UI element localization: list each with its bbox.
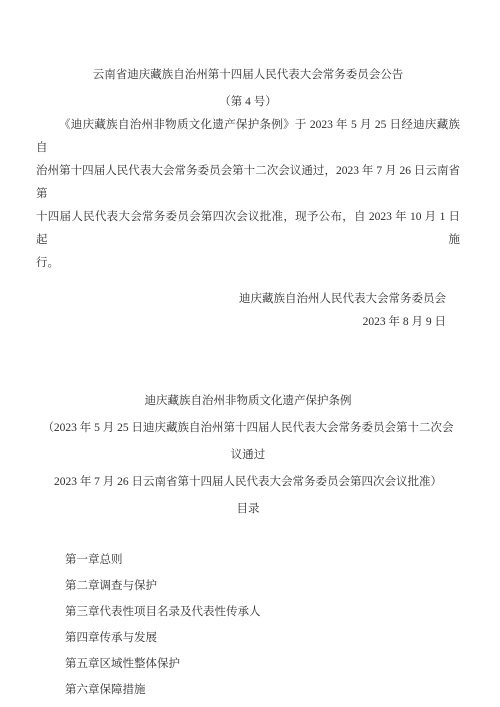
announcement-number: （第 4 号） — [36, 91, 460, 114]
regulation-title: 迪庆藏族自治州非物质文化遗产保护条例 — [36, 388, 460, 415]
issuer-signature: 迪庆藏族自治州人民代表大会常务委员会 — [36, 288, 460, 311]
toc-item-chapter-4: 第四章传承与发展 — [65, 625, 460, 651]
toc-item-chapter-2: 第二章调查与保护 — [65, 573, 460, 599]
announcement-title: 云南省迪庆藏族自治州第十四届人民代表大会常务委员会公告 — [36, 64, 460, 87]
toc-item-chapter-6: 第六章保障措施 — [65, 677, 460, 703]
document-page: 云南省迪庆藏族自治州第十四届人民代表大会常务委员会公告 （第 4 号） 《迪庆藏… — [0, 0, 500, 707]
toc-item-chapter-3: 第三章代表性项目名录及代表性传承人 — [65, 599, 460, 625]
approval-note-line-3: 2023 年 7 月 26 日云南省第十四届人民代表大会常务委员会第四次会议批准… — [36, 469, 460, 496]
approval-note-line-1: （2023 年 5 月 25 日迪庆藏族自治州第十四届人民代表大会常务委员会第十… — [36, 415, 460, 442]
issue-date: 2023 年 8 月 9 日 — [36, 311, 460, 334]
toc-heading: 目录 — [36, 496, 460, 523]
announcement-body: 《迪庆藏族自治州非物质文化遗产保护条例》于 2023 年 5 月 25 日经迪庆… — [36, 114, 460, 275]
announcement-body-line-3: 十四届人民代表大会常务委员会第四次会议批准，现予公布，自 2023 年 10 月… — [36, 206, 460, 252]
approval-note-line-2: 议通过 — [36, 442, 460, 469]
toc-item-chapter-1: 第一章总则 — [65, 547, 460, 573]
table-of-contents: 第一章总则 第二章调查与保护 第三章代表性项目名录及代表性传承人 第四章传承与发… — [36, 547, 460, 703]
announcement-body-line-4: 行。 — [36, 252, 460, 275]
announcement-body-line-2: 治州第十四届人民代表大会常务委员会第十二次会议通过，2023 年 7 月 26 … — [36, 160, 460, 206]
toc-item-chapter-5: 第五章区域性整体保护 — [65, 651, 460, 677]
announcement-body-line-1: 《迪庆藏族自治州非物质文化遗产保护条例》于 2023 年 5 月 25 日经迪庆… — [36, 114, 460, 160]
